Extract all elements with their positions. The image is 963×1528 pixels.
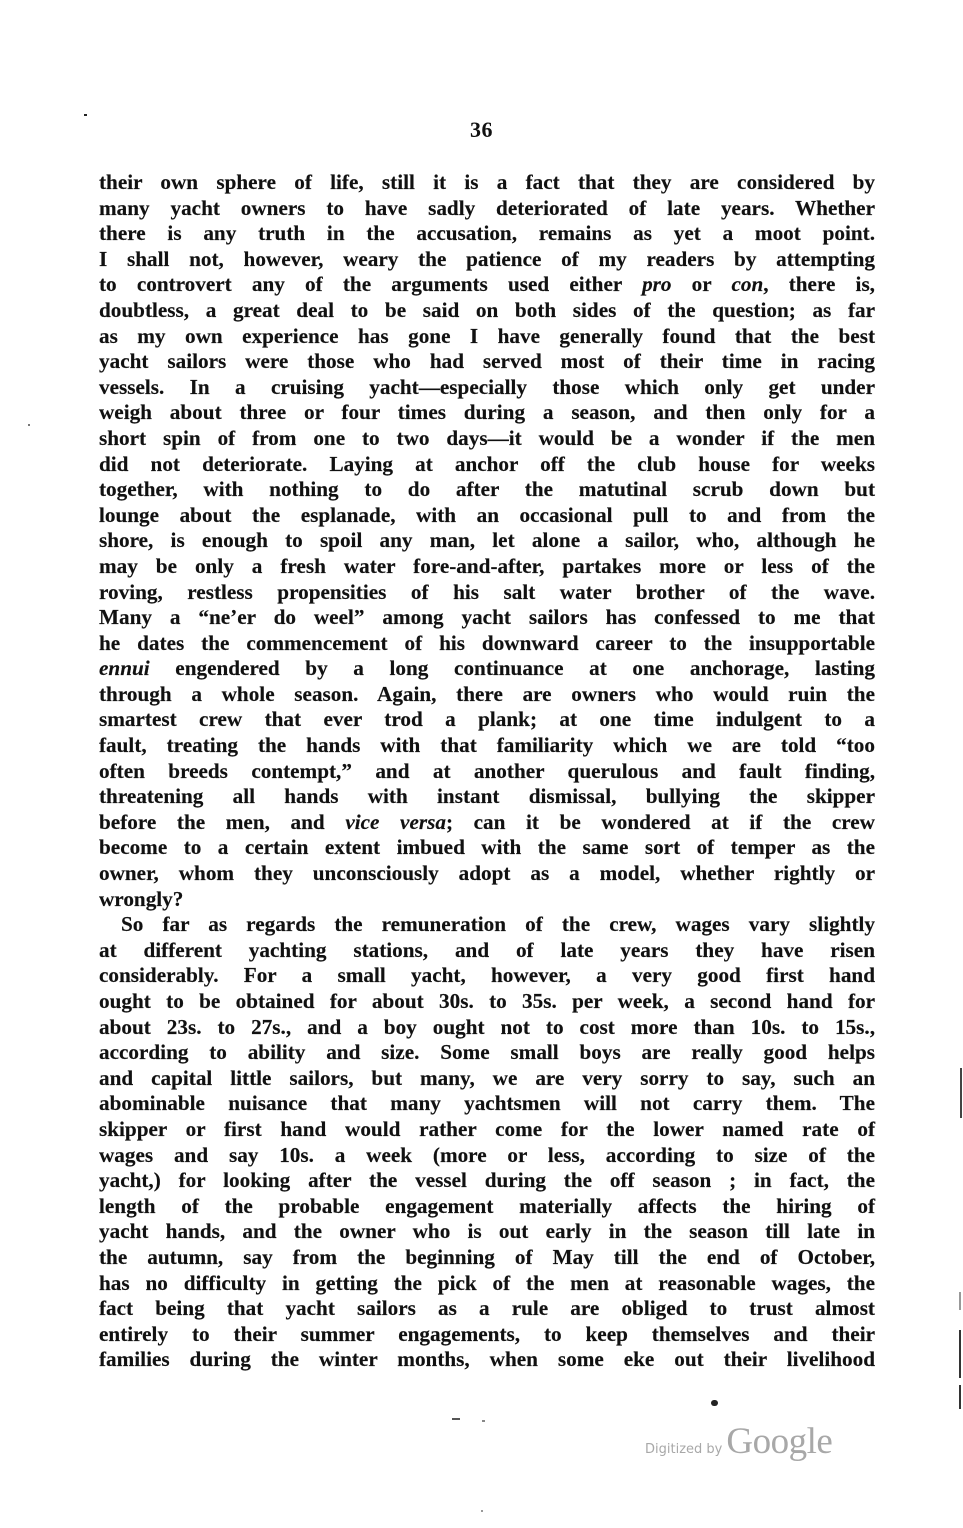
italic-term: vice versa — [345, 810, 446, 834]
text-line: roving, restless propensities of his sal… — [99, 580, 875, 606]
body-text: their own sphere of life, still it is a … — [99, 170, 875, 1373]
text-line: wrongly? — [99, 887, 875, 913]
text-line: their own sphere of life, still it is a … — [99, 170, 875, 196]
text-line: there is any truth in the accusation, re… — [99, 221, 875, 247]
text-line: I shall not, however, weary the patience… — [99, 247, 875, 273]
scan-edge-bar — [959, 1385, 961, 1409]
text-fragment: before the men, and — [99, 810, 345, 834]
text-line: weigh about three or four times during a… — [99, 400, 875, 426]
text-line: considerably. For a small yacht, however… — [99, 963, 875, 989]
text-line: vessels. In a cruising yacht—especially … — [99, 375, 875, 401]
text-fragment: , there is, — [763, 272, 875, 296]
text-line: many yacht owners to have sadly deterior… — [99, 196, 875, 222]
google-watermark: Digitized by Google — [645, 1420, 832, 1463]
text-line: at different yachting stations, and of l… — [99, 938, 875, 964]
text-line: families during the winter months, when … — [99, 1347, 875, 1373]
text-line: fact being that yacht sailors as a rule … — [99, 1296, 875, 1322]
text-fragment: engendered by a long continuance at one … — [150, 656, 875, 680]
text-line: Many a “ne’er do weel” among yacht sailo… — [99, 605, 875, 631]
scan-speck — [481, 1510, 483, 1512]
text-line: to controvert any of the arguments used … — [99, 272, 875, 298]
text-line: according to ability and size. Some smal… — [99, 1040, 875, 1066]
text-fragment: to controvert any of the arguments used … — [99, 272, 642, 296]
scan-speck — [711, 1400, 718, 1406]
text-line: may be only a fresh water fore-and-after… — [99, 554, 875, 580]
text-line: ought to be obtained for about 30s. to 3… — [99, 989, 875, 1015]
text-line: owner, whom they unconsciously adopt as … — [99, 861, 875, 887]
scan-edge-bar — [960, 1068, 962, 1118]
google-logo: Google — [726, 1421, 832, 1462]
text-line: often breeds contempt,” and at another q… — [99, 759, 875, 785]
text-line: shore, is enough to spoil any man, let a… — [99, 528, 875, 554]
text-line: he dates the commencement of his downwar… — [99, 631, 875, 657]
text-line: did not deteriorate. Laying at anchor of… — [99, 452, 875, 478]
text-line: wages and say 10s. a week (more or less,… — [99, 1143, 875, 1169]
text-fragment: ; can it be wondered at if the crew — [446, 810, 875, 834]
scan-edge-bar — [959, 1330, 961, 1378]
italic-term: ennui — [99, 656, 150, 680]
text-line: yacht sailors were those who had served … — [99, 349, 875, 375]
text-line: entirely to their summer engagements, to… — [99, 1322, 875, 1348]
scan-edge-bar — [959, 1292, 961, 1310]
text-line: ennui engendered by a long continuance a… — [99, 656, 875, 682]
scan-speck — [482, 1420, 485, 1422]
text-line: doubtless, a great deal to be said on bo… — [99, 298, 875, 324]
text-line: abominable nuisance that many yachtsmen … — [99, 1091, 875, 1117]
text-line: through a whole season. Again, there are… — [99, 682, 875, 708]
text-line: the autumn, say from the beginning of Ma… — [99, 1245, 875, 1271]
text-line: yacht hands, and the owner who is out ea… — [99, 1219, 875, 1245]
text-line: lounge about the esplanade, with an occa… — [99, 503, 875, 529]
italic-term: con — [731, 272, 763, 296]
text-line: short spin of from one to two days—it wo… — [99, 426, 875, 452]
text-line: and capital little sailors, but many, we… — [99, 1066, 875, 1092]
scan-speck — [84, 114, 87, 116]
text-line: smartest crew that ever trod a plank; at… — [99, 707, 875, 733]
text-line: together, with nothing to do after the m… — [99, 477, 875, 503]
watermark-prefix: Digitized by — [645, 1442, 722, 1457]
text-line: yacht,) for looking after the vessel dur… — [99, 1168, 875, 1194]
scan-speck — [452, 1418, 460, 1420]
text-fragment: or — [672, 272, 732, 296]
text-line: as my own experience has gone I have gen… — [99, 324, 875, 350]
text-line: become to a certain extent imbued with t… — [99, 835, 875, 861]
text-line: fault, treating the hands with that fami… — [99, 733, 875, 759]
page-number: 36 — [0, 117, 963, 143]
text-line: has no difficulty in getting the pick of… — [99, 1271, 875, 1297]
text-line: about 23s. to 27s., and a boy ought not … — [99, 1015, 875, 1041]
text-line: length of the probable engagement materi… — [99, 1194, 875, 1220]
scan-speck — [28, 424, 30, 426]
italic-term: pro — [642, 272, 671, 296]
paragraph-start-line: So far as regards the remuneration of th… — [99, 912, 875, 938]
text-line: before the men, and vice versa; can it b… — [99, 810, 875, 836]
text-line: skipper or first hand would rather come … — [99, 1117, 875, 1143]
text-line: threatening all hands with instant dismi… — [99, 784, 875, 810]
